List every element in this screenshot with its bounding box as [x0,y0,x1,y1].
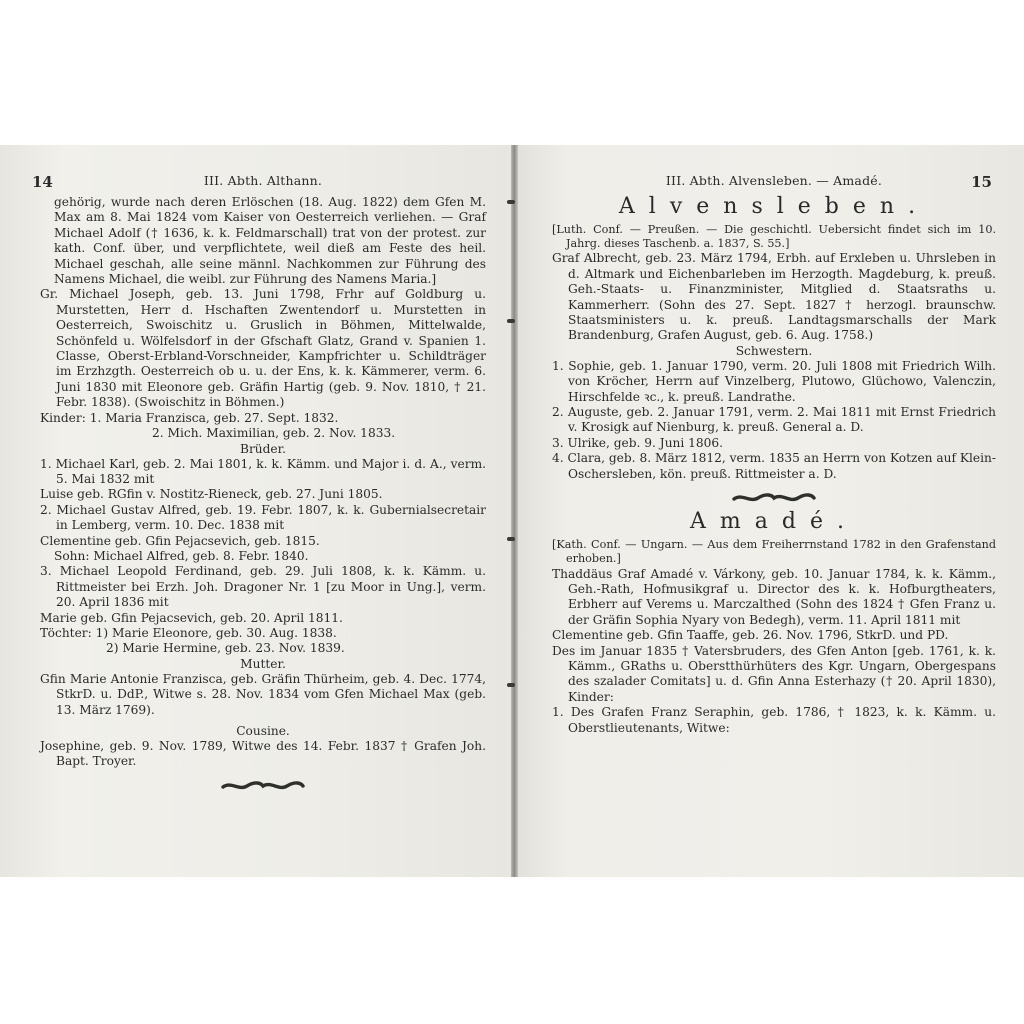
children-block: Kinder: 1. Maria Franzisca, geb. 27. Sep… [40,411,486,426]
brothers-heading: Brüder. [40,442,486,457]
sister-entry: 2. Auguste, geb. 2. Januar 1791, verm. 2… [552,405,996,436]
children-label: Kinder: [40,411,86,425]
mother-heading: Mutter. [40,657,486,672]
spouse-entry: Luise geb. RGfin v. Nostitz-Rieneck, geb… [40,487,486,502]
binding-stitch [507,200,515,204]
sister-entry: 3. Ulrike, geb. 9. Juni 1806. [552,436,996,451]
wave-ornament-icon [732,492,816,504]
open-book-spread: 14 III. Abth. Althann. gehörig, wurde na… [0,145,1024,877]
head-of-family-entry: Graf Albrecht, geb. 23. März 1794, Erbh.… [552,251,996,343]
cousin-entry: Josephine, geb. 9. Nov. 1789, Witwe des … [40,739,486,770]
ornament-divider [552,492,996,504]
wave-ornament-icon [221,780,305,792]
running-head-title: III. Abth. Alvensleben. — Amadé. [666,173,882,188]
sister-entry: 1. Sophie, geb. 1. Januar 1790, verm. 20… [552,359,996,405]
daughters-label: Töchter: [40,626,92,640]
spouse-entry: Clementine geb. Gfin Pejacsevich, geb. 1… [40,534,486,549]
continuation-paragraph: gehörig, wurde nach deren Erlöschen (18.… [40,195,486,287]
uncle-entry: Des im Januar 1835 † Vatersbruders, des … [552,644,996,706]
sisters-heading: Schwestern. [552,344,996,359]
ornament-divider [40,780,486,792]
mother-entry: Gfin Marie Antonie Franzisca, geb. Gräfi… [40,672,486,718]
sister-entry: 4. Clara, geb. 8. März 1812, verm. 1835 … [552,451,996,482]
child-entry: 1. Maria Franzisca, geb. 27. Sept. 1832. [90,411,339,425]
binding-stitch [507,319,515,323]
left-page: 14 III. Abth. Althann. gehörig, wurde na… [0,145,512,877]
daughter-entry: 1) Marie Eleonore, geb. 30. Aug. 1838. [96,626,337,640]
page-number: 14 [32,173,53,191]
son-entry: Sohn: Michael Alfred, geb. 8. Febr. 1840… [40,549,486,564]
cousin-entry: 1. Des Grafen Franz Seraphin, geb. 1786,… [552,705,996,736]
running-head-title: III. Abth. Althann. [204,173,322,188]
family-note: [Kath. Conf. — Ungarn. — Aus dem Freiher… [552,538,996,566]
binding-stitch [507,537,515,541]
head-of-family-entry: Thaddäus Graf Amadé v. Várkony, geb. 10.… [552,567,996,629]
family-title-alvensleben: Alvensleben. [552,195,996,219]
daughters-block: Töchter: 1) Marie Eleonore, geb. 30. Aug… [40,626,486,641]
right-page: III. Abth. Alvensleben. — Amadé. 15 Alve… [518,145,1024,877]
book-spine [511,145,518,877]
running-head-right: III. Abth. Alvensleben. — Amadé. 15 [552,173,996,193]
daughter-entry: 2) Marie Hermine, geb. 23. Nov. 1839. [40,641,486,656]
spouse-entry: Marie geb. Gfin Pejacsevich, geb. 20. Ap… [40,611,486,626]
cousin-heading: Cousine. [40,724,486,739]
brother-entry: 2. Michael Gustav Alfred, geb. 19. Febr.… [40,503,486,534]
family-title-amade: Amadé. [552,510,996,534]
page-number: 15 [971,173,992,191]
binding-stitch [507,683,515,687]
running-head-left: 14 III. Abth. Althann. [40,173,486,193]
brother-entry: 3. Michael Leopold Ferdinand, geb. 29. J… [40,564,486,610]
brother-entry: 1. Michael Karl, geb. 2. Mai 1801, k. k.… [40,457,486,488]
child-entry: 2. Mich. Maximilian, geb. 2. Nov. 1833. [40,426,486,441]
spouse-entry: Clementine geb. Gfin Taaffe, geb. 26. No… [552,628,996,643]
family-note: [Luth. Conf. — Preußen. — Die geschichtl… [552,223,996,251]
head-of-family-entry: Gr. Michael Joseph, geb. 13. Juni 1798, … [40,287,486,410]
